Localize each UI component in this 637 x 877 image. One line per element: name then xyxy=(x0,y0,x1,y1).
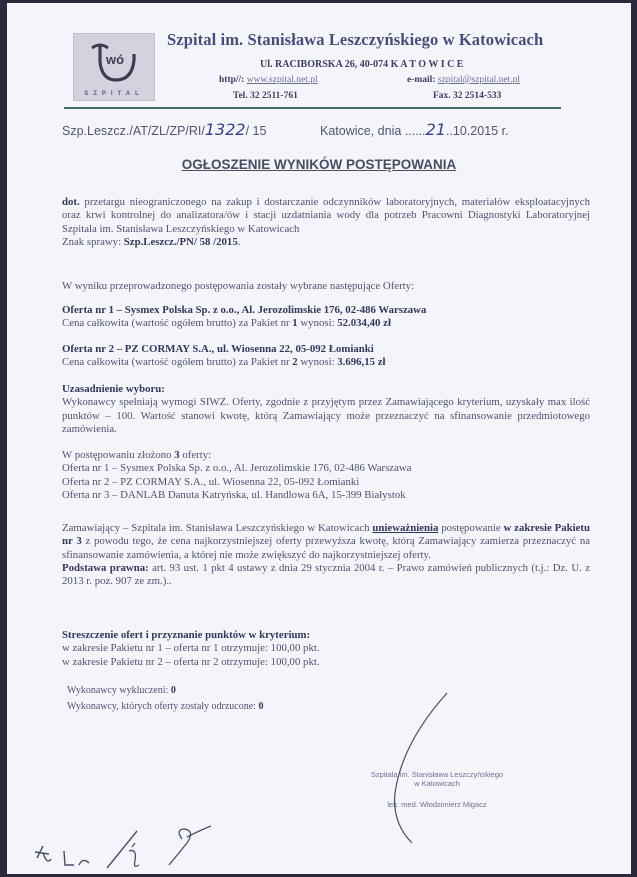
document-page: wó SZPITAL Szpital im. Stanisława Leszcz… xyxy=(7,3,631,874)
handwritten-signature-icon xyxy=(7,3,631,874)
